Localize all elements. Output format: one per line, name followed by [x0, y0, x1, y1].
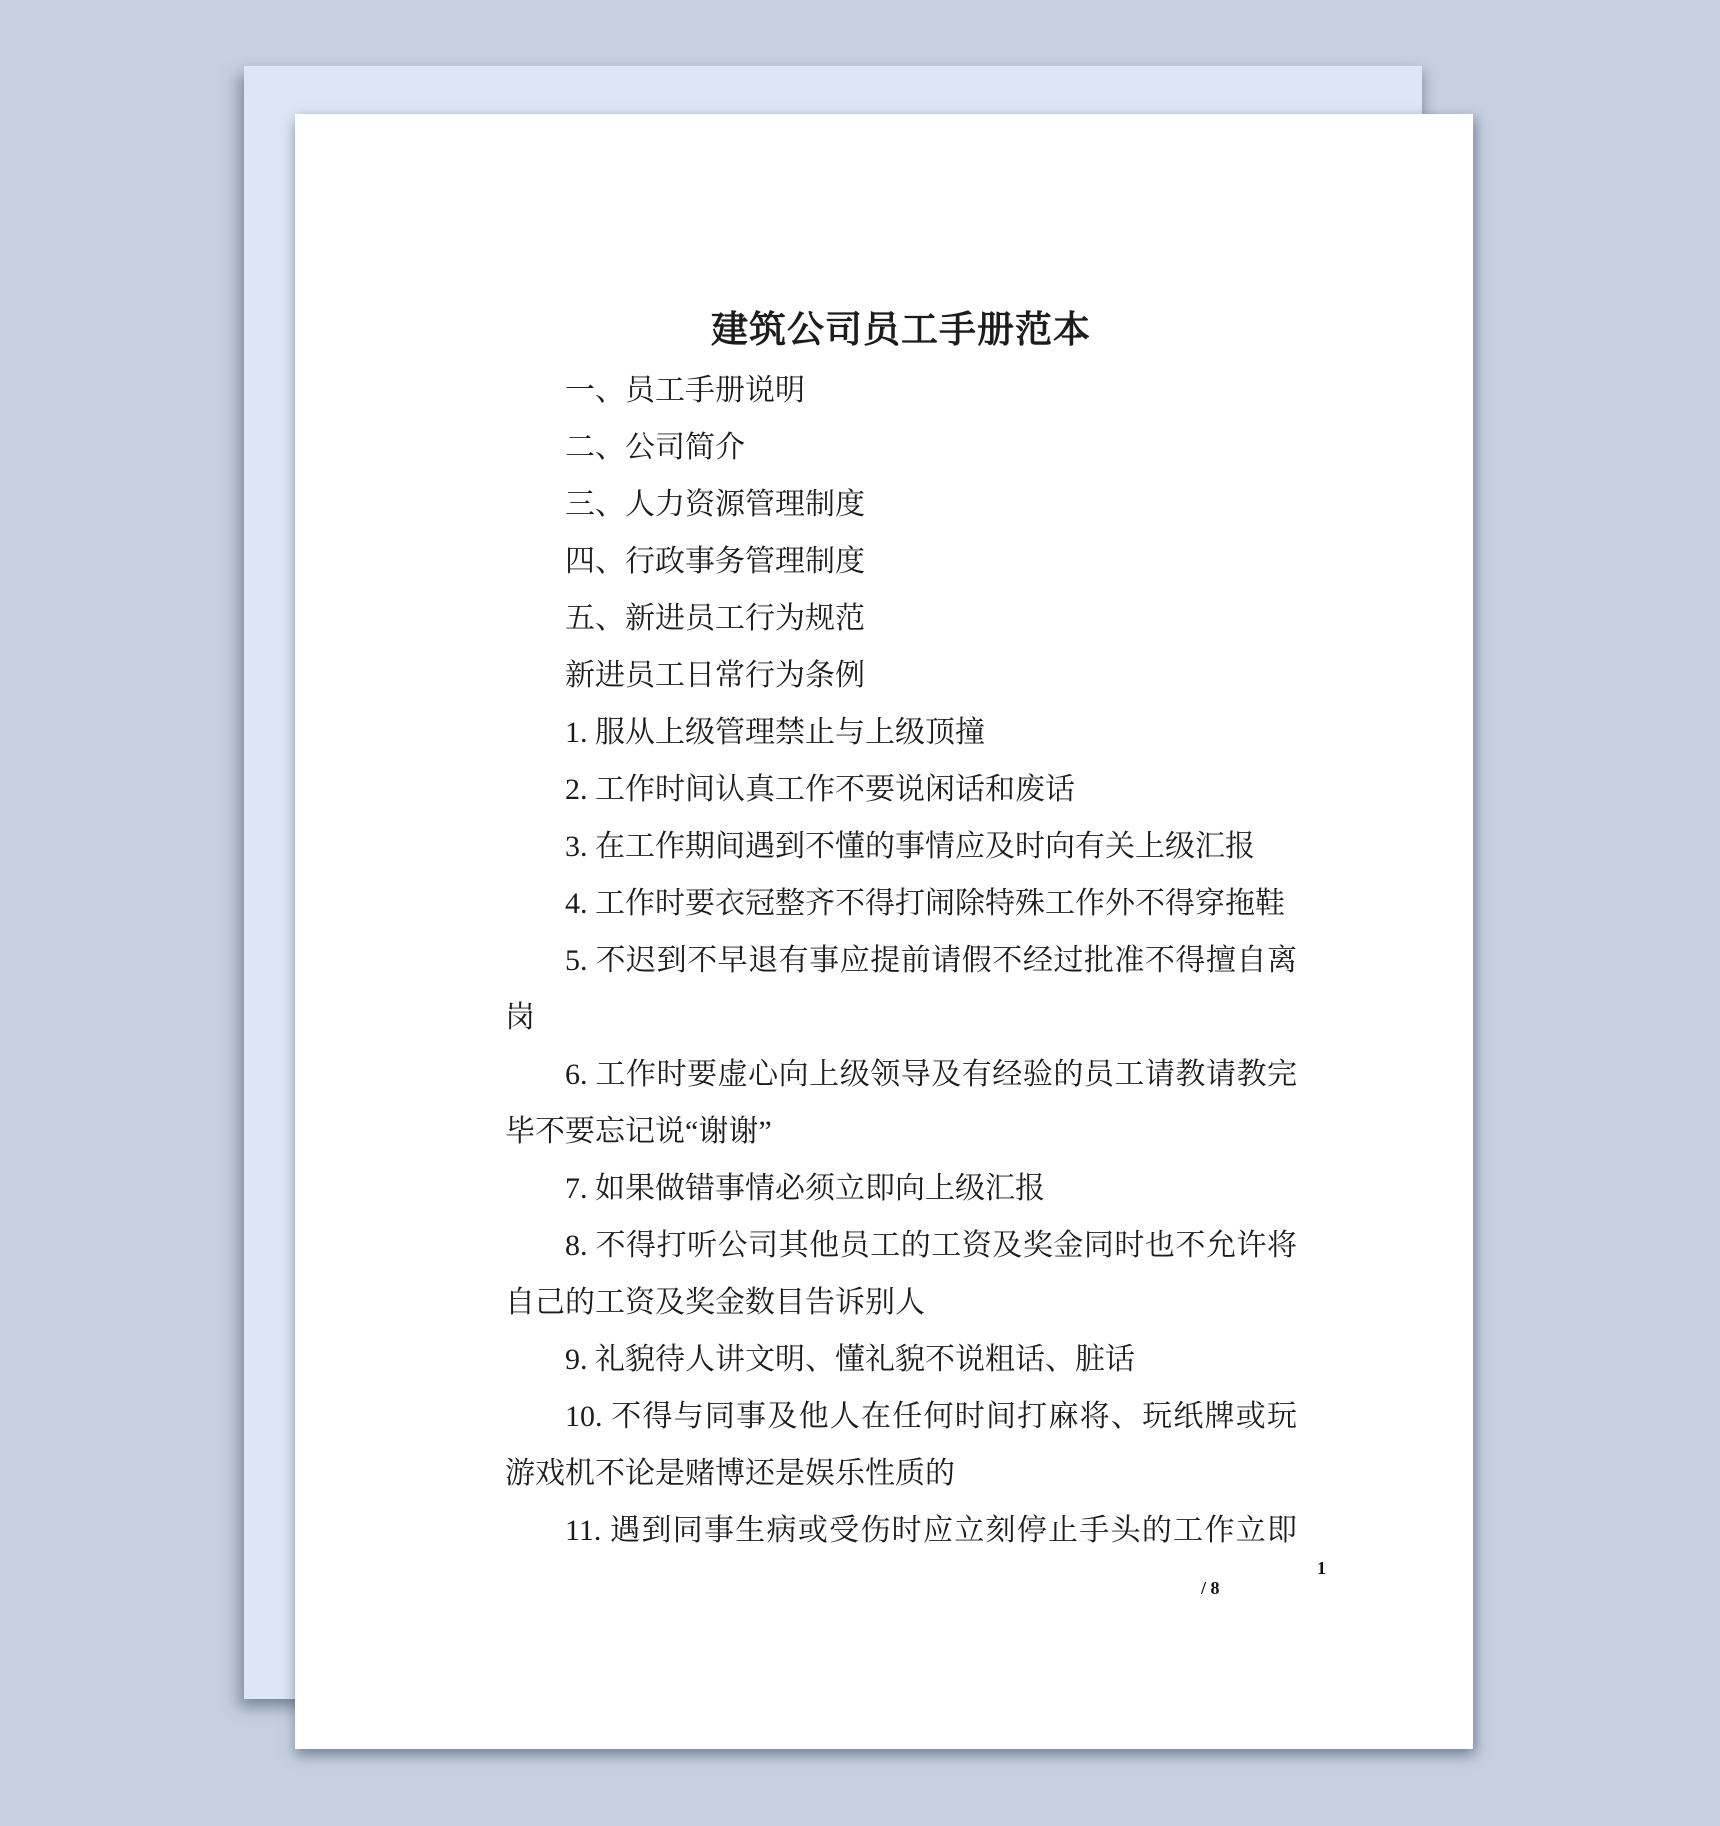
text-line: 五、新进员工行为规范 [505, 590, 1297, 647]
text-line: 四、行政事务管理制度 [505, 533, 1297, 590]
text-line: 2. 工作时间认真工作不要说闲话和废话 [505, 761, 1297, 818]
text-line: 新进员工日常行为条例 [505, 647, 1297, 704]
text-line: 6. 工作时要虚心向上级领导及有经验的员工请教请教完 [505, 1046, 1297, 1103]
text-line: 1. 服从上级管理禁止与上级顶撞 [505, 704, 1297, 761]
text-line: 5. 不迟到不早退有事应提前请假不经过批准不得擅自离 [505, 932, 1297, 989]
text-line: 毕不要忘记说“谢谢” [505, 1103, 1297, 1160]
text-line: 9. 礼貌待人讲文明、懂礼貌不说粗话、脏话 [505, 1331, 1297, 1388]
document-background: { "document": { "title": "建筑公司员工手册范本", "… [0, 0, 1720, 1826]
text-line: 4. 工作时要衣冠整齐不得打闹除特殊工作外不得穿拖鞋 [505, 875, 1297, 932]
text-line: 三、人力资源管理制度 [505, 476, 1297, 533]
text-line: 游戏机不论是赌博还是娱乐性质的 [505, 1445, 1297, 1502]
document-lines: 一、员工手册说明二、公司简介三、人力资源管理制度四、行政事务管理制度五、新进员工… [505, 362, 1297, 1559]
text-line: 自己的工资及奖金数目告诉别人 [505, 1274, 1297, 1331]
text-line: 二、公司简介 [505, 419, 1297, 476]
text-line: 岗 [505, 989, 1297, 1046]
text-line: 8. 不得打听公司其他员工的工资及奖金同时也不允许将 [505, 1217, 1297, 1274]
page-count: / 8 [1201, 1578, 1220, 1599]
page-number: 1 [1317, 1558, 1326, 1579]
text-line: 11. 遇到同事生病或受伤时应立刻停止手头的工作立即 [505, 1502, 1297, 1559]
text-line: 7. 如果做错事情必须立即向上级汇报 [505, 1160, 1297, 1217]
text-line: 一、员工手册说明 [505, 362, 1297, 419]
document-page: 建筑公司员工手册范本 一、员工手册说明二、公司简介三、人力资源管理制度四、行政事… [295, 114, 1473, 1749]
document-content: 建筑公司员工手册范本 一、员工手册说明二、公司简介三、人力资源管理制度四、行政事… [505, 300, 1297, 1559]
document-title: 建筑公司员工手册范本 [505, 300, 1297, 362]
text-line: 10. 不得与同事及他人在任何时间打麻将、玩纸牌或玩 [505, 1388, 1297, 1445]
text-line: 3. 在工作期间遇到不懂的事情应及时向有关上级汇报 [505, 818, 1297, 875]
